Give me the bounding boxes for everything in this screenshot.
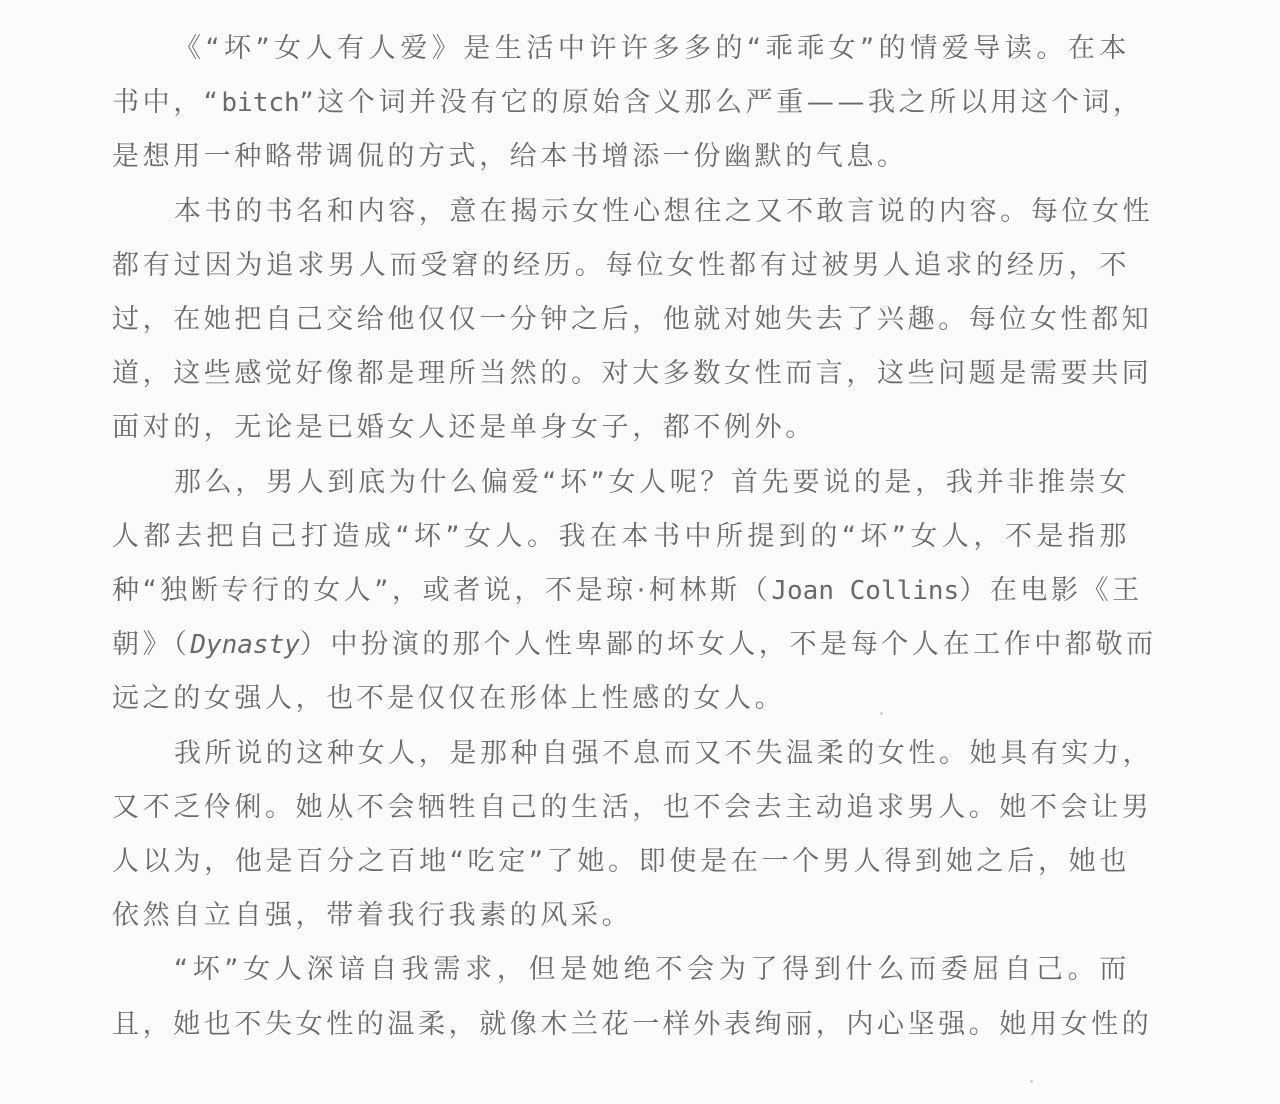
text-line: 朝》（Dynasty）中扮演的那个人性卑鄙的坏女人，不是每个人在工作中都敬而: [112, 618, 1130, 672]
paragraph-5: “坏”女人深谙自我需求，但是她绝不会为了得到什么而委屈自己。而 且，她也不失女性…: [112, 943, 1130, 1051]
text-line: 依然自立自强，带着我行我素的风采。: [112, 889, 1130, 943]
text-line: 道，这些感觉好像都是理所当然的。对大多数女性而言，这些问题是需要共同: [112, 347, 1130, 401]
text-line: 是想用一种略带调侃的方式，给本书增添一份幽默的气息。: [112, 130, 1130, 184]
text-line: 《“坏”女人有人爱》是生活中许许多多的“乖乖女”的情爱导读。在本: [112, 22, 1130, 76]
paragraph-1: 《“坏”女人有人爱》是生活中许许多多的“乖乖女”的情爱导读。在本 书中，“bit…: [112, 22, 1130, 185]
book-page: 《“坏”女人有人爱》是生活中许许多多的“乖乖女”的情爱导读。在本 书中，“bit…: [112, 22, 1130, 1052]
scan-speck: [340, 818, 343, 821]
paragraph-2: 本书的书名和内容，意在揭示女性心想往之又不敢言说的内容。每位女性 都有过因为追求…: [112, 185, 1130, 456]
text-line: 过，在她把自己交给他仅仅一分钟之后，他就对她失去了兴趣。每位女性都知: [112, 293, 1130, 347]
scan-speck: [880, 712, 883, 715]
text-line: 面对的，无论是已婚女人还是单身女子，都不例外。: [112, 401, 1130, 455]
scan-speck: [1030, 1080, 1033, 1083]
paragraph-3: 那么，男人到底为什么偏爱“坏”女人呢？首先要说的是，我并非推崇女 人都去把自己打…: [112, 456, 1130, 727]
text-line: 书中，“bitch”这个词并没有它的原始含义那么严重——我之所以用这个词，: [112, 76, 1130, 130]
text-line: 人都去把自己打造成“坏”女人。我在本书中所提到的“坏”女人，不是指那: [112, 510, 1130, 564]
text-line: “坏”女人深谙自我需求，但是她绝不会为了得到什么而委屈自己。而: [112, 943, 1130, 997]
text-line: 种“独断专行的女人”，或者说，不是琼·柯林斯（Joan Collins）在电影《…: [112, 564, 1130, 618]
text-line: 远之的女强人，也不是仅仅在形体上性感的女人。: [112, 672, 1130, 726]
text-line: 人以为，他是百分之百地“吃定”了她。即使是在一个男人得到她之后，她也: [112, 835, 1130, 889]
text-line: 那么，男人到底为什么偏爱“坏”女人呢？首先要说的是，我并非推崇女: [112, 456, 1130, 510]
text-line: 都有过因为追求男人而受窘的经历。每位女性都有过被男人追求的经历，不: [112, 239, 1130, 293]
text-line: 又不乏伶俐。她从不会牺牲自己的生活，也不会去主动追求男人。她不会让男: [112, 781, 1130, 835]
text-line: 本书的书名和内容，意在揭示女性心想往之又不敢言说的内容。每位女性: [112, 185, 1130, 239]
text-line: 我所说的这种女人，是那种自强不息而又不失温柔的女性。她具有实力，: [112, 727, 1130, 781]
text-line: 且，她也不失女性的温柔，就像木兰花一样外表绚丽，内心坚强。她用女性的: [112, 998, 1130, 1052]
paragraph-4: 我所说的这种女人，是那种自强不息而又不失温柔的女性。她具有实力， 又不乏伶俐。她…: [112, 727, 1130, 944]
